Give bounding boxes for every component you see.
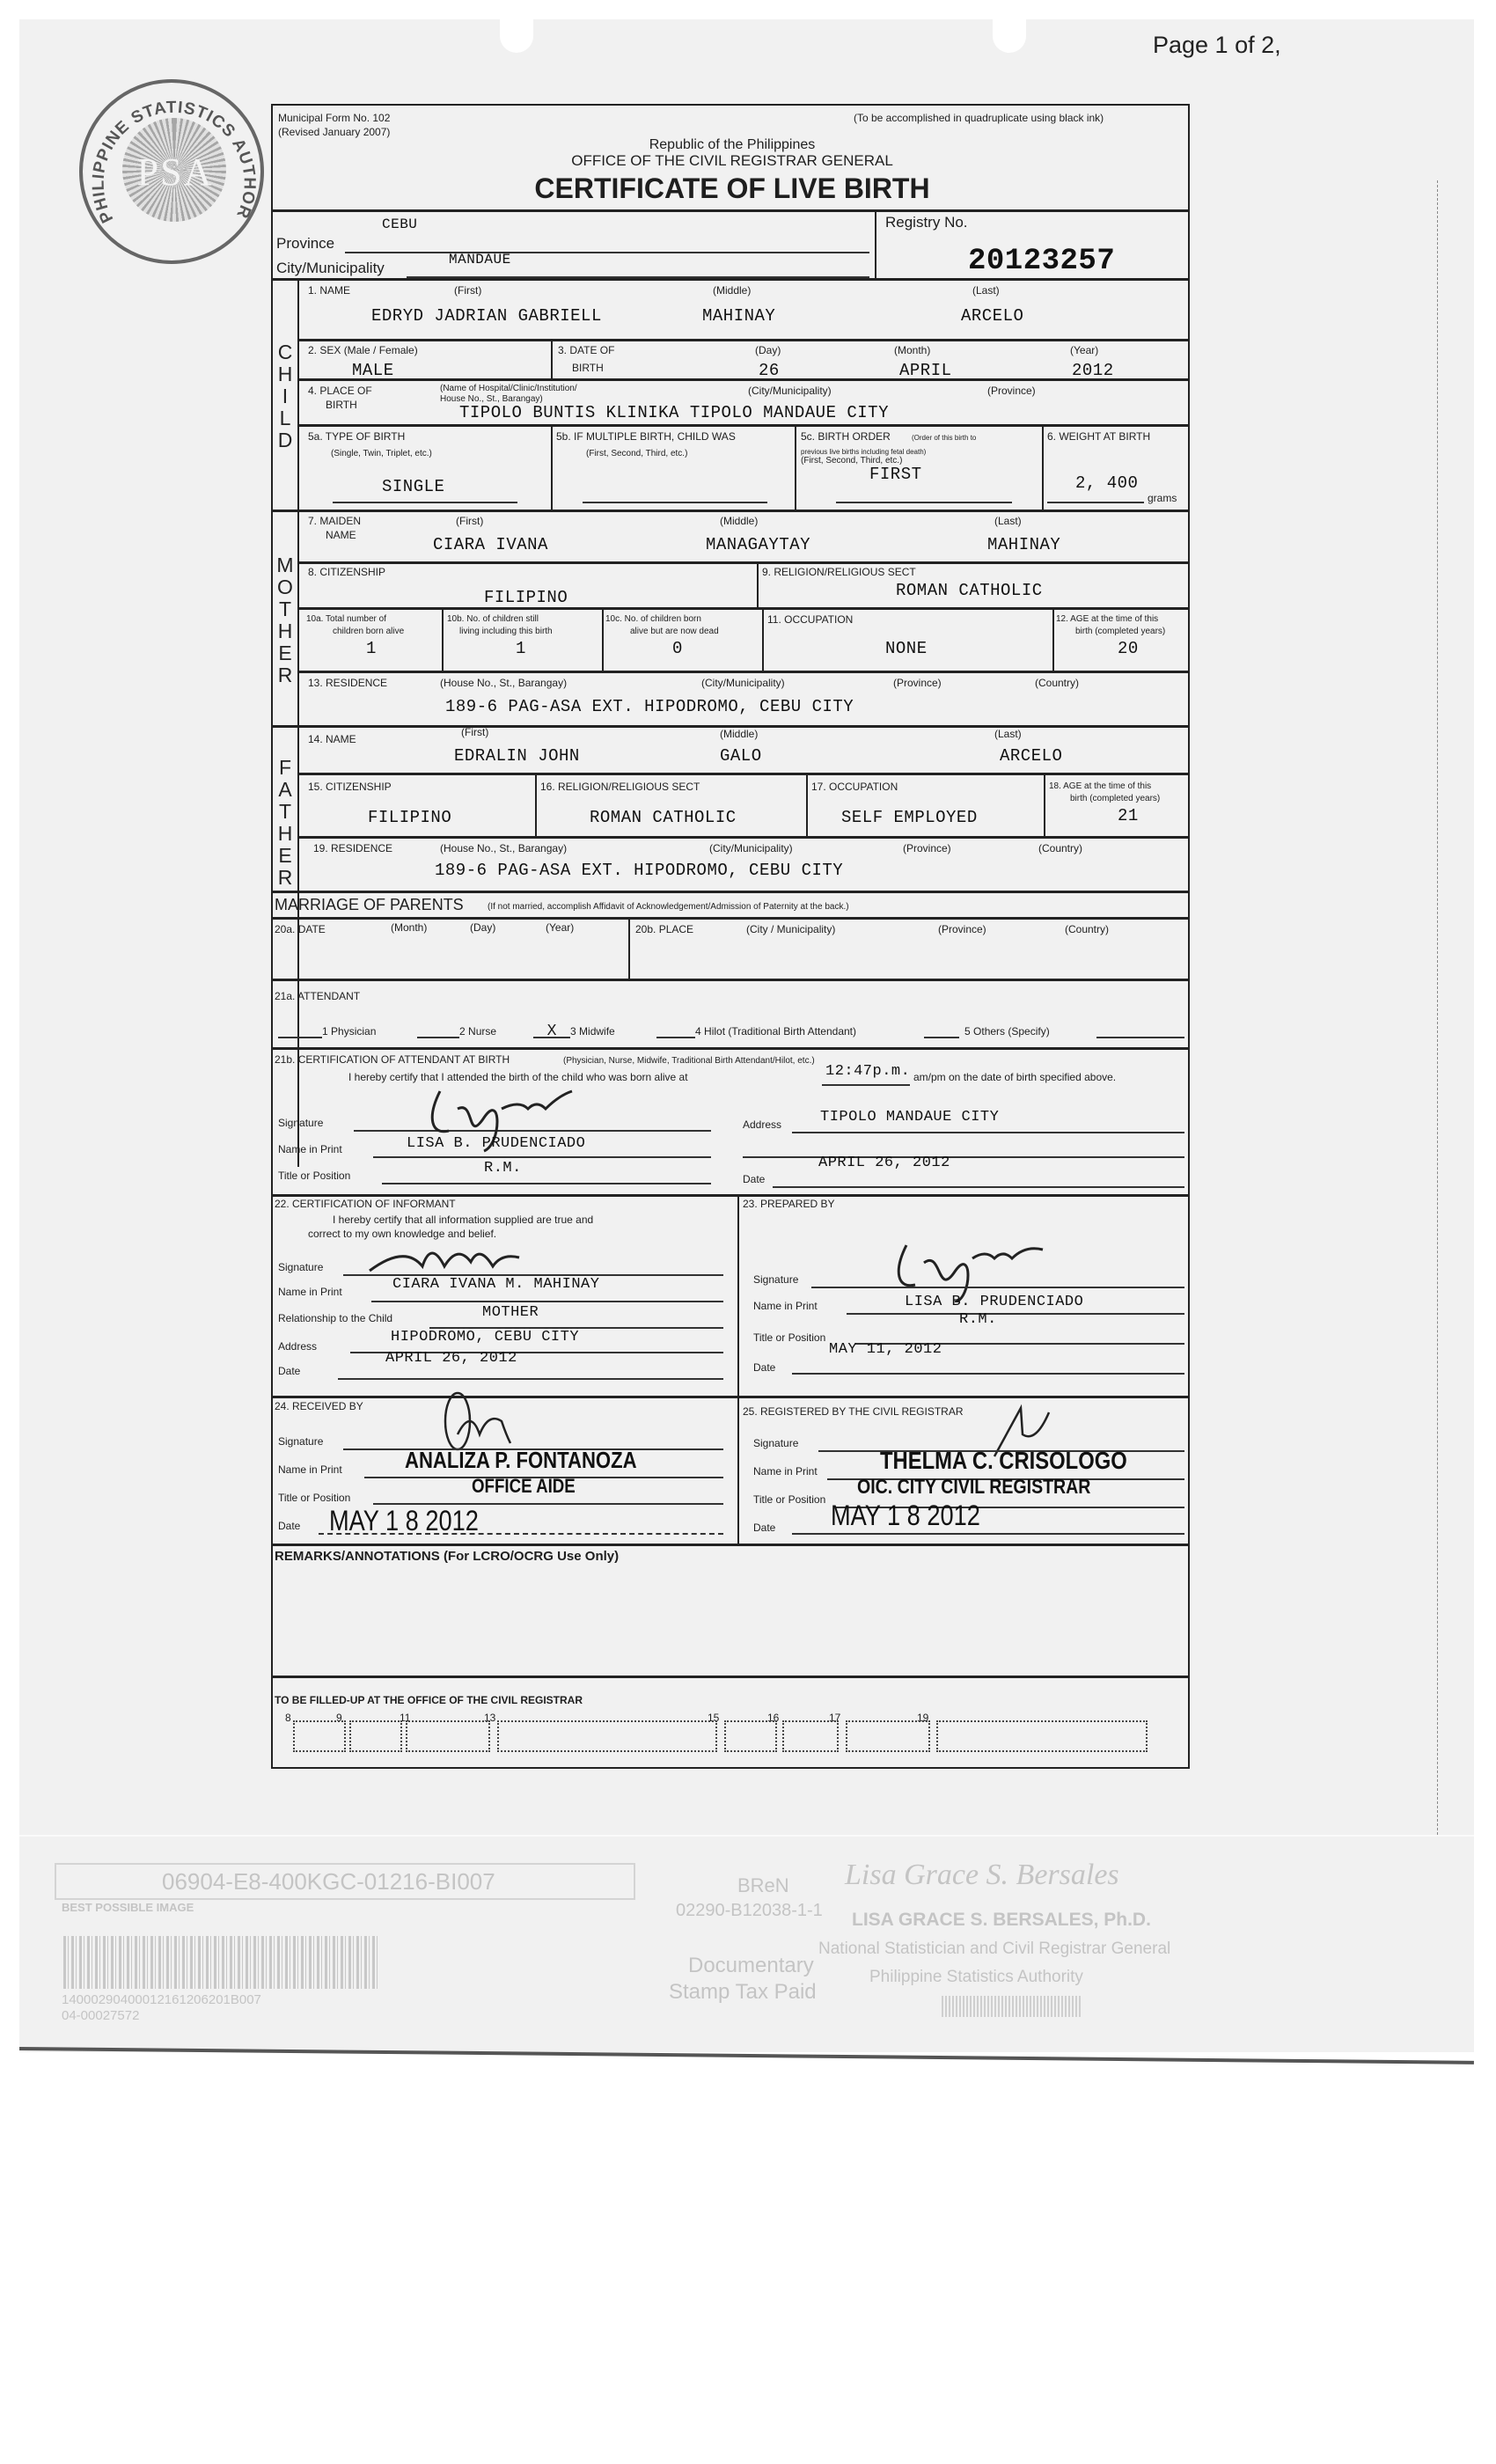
attendant-others-specify[interactable] (1096, 1023, 1184, 1038)
place-province-label: (Province) (987, 385, 1036, 397)
prepared-title: R.M. (959, 1311, 997, 1328)
page-label: Page 1 of 2, (1153, 32, 1281, 59)
attendant-option-physician: 1 Physician (322, 1026, 376, 1038)
registered-by-label: 25. REGISTERED BY THE CIVIL REGISTRAR (743, 1406, 964, 1418)
place-city-label: (City/Municipality) (748, 385, 832, 397)
city-value: MANDAUE (449, 252, 511, 268)
marriage-heading: MARRIAGE OF PARENTS (275, 898, 464, 913)
informant-name-label: Name in Print (278, 1287, 342, 1298)
month-label: (Month) (894, 345, 930, 356)
birth-type-label: 5a. TYPE OF BIRTH (308, 431, 405, 443)
mother-first-name: CIARA IVANA (433, 535, 548, 554)
attendant-address-label: Address (743, 1119, 781, 1131)
father-residence-label: 19. RESIDENCE (313, 843, 392, 854)
informant-text: I hereby certify that all information su… (333, 1214, 593, 1226)
stamp-tax-label: Documentary (688, 1954, 814, 1978)
mother-age-label: 12. AGE at the time of this (1056, 614, 1158, 624)
prepared-name-label: Name in Print (753, 1301, 818, 1312)
form-instruction: (To be accomplished in quadruplicate usi… (854, 113, 1104, 124)
place-of-birth-value: TIPOLO BUNTIS KLINIKA TIPOLO MANDAUE CIT… (459, 403, 889, 422)
weight-unit: grams (1148, 493, 1177, 504)
weight-value: 2, 400 (1075, 473, 1138, 493)
punch-hole (993, 12, 1026, 53)
barcode (63, 1936, 380, 1989)
informant-address: HIPODROMO, CEBU CITY (391, 1329, 579, 1346)
registry-label: Registry No. (885, 215, 968, 230)
birth-certificate-form: Municipal Form No. 102 (Revised January … (271, 104, 1190, 1769)
received-signature (440, 1390, 528, 1452)
marriage-date-label: 20a. DATE (275, 924, 326, 935)
country-label: (Country) (1035, 678, 1079, 689)
page-edge-line (1437, 180, 1438, 1835)
attendant-cert-note: (Physician, Nurse, Midwife, Traditional … (563, 1056, 815, 1066)
child-last-name: ARCELO (961, 306, 1023, 326)
received-signature-label: Signature (278, 1436, 323, 1448)
mother-last-name: MAHINAY (987, 535, 1060, 554)
prepared-by-label: 23. PREPARED BY (743, 1199, 834, 1210)
mother-citizenship: FILIPINO (484, 588, 568, 607)
living-children-label: 10b. No. of children still (447, 614, 539, 624)
first-label: (First) (461, 727, 488, 738)
attendant-check-nurse[interactable] (417, 1023, 459, 1038)
total-born-value: 1 (366, 639, 377, 658)
living-children-label-2: living including this birth (459, 627, 553, 636)
informant-relationship: MOTHER (482, 1304, 539, 1321)
registrar-signature-label: Signature (753, 1438, 798, 1449)
father-first-name: EDRALIN JOHN (454, 746, 580, 766)
prepared-title-label: Title or Position (753, 1332, 825, 1344)
brn-value: 02290-B12038-1-1 (676, 1901, 823, 1921)
registry-number: 20123257 (968, 245, 1115, 278)
dob-label-2: BIRTH (572, 363, 604, 374)
house-label: (House No., St., Barangay) (440, 843, 567, 854)
best-possible-image: BEST POSSIBLE IMAGE (62, 1901, 194, 1914)
barcode-line-2: 04-00027572 (62, 2008, 139, 2023)
attendant-check-midwife[interactable]: X (533, 1023, 570, 1038)
place-of-birth-label: 4. PLACE OF (308, 385, 372, 397)
mother-name-label: 7. MAIDEN (308, 516, 361, 527)
mother-occupation-label: 11. OCCUPATION (767, 614, 853, 626)
birth-type-value: SINGLE (382, 477, 444, 496)
registrar-name-label: Name in Print (753, 1466, 818, 1478)
attendant-name: LISA B. PRUDENCIADO (407, 1135, 585, 1152)
dob-label: 3. DATE OF (558, 345, 614, 356)
control-number-box: 06904-E8-400KGC-01216-BI007 (55, 1863, 635, 1900)
signatory-org: Philippine Statistics Authority (869, 1968, 1083, 1987)
child-first-name: EDRYD JADRIAN GABRIELL (371, 306, 602, 326)
attendant-date-label: Date (743, 1174, 765, 1185)
attendant-date: APRIL 26, 2012 (818, 1155, 950, 1171)
signatory-signature: Lisa Grace S. Bersales (845, 1859, 1119, 1892)
informant-label: 22. CERTIFICATION OF INFORMANT (275, 1199, 456, 1210)
father-residence: 189-6 PAG-ASA EXT. HIPODROMO, CEBU CITY (435, 861, 843, 880)
code-box-13[interactable] (497, 1720, 717, 1752)
day-label: (Day) (755, 345, 781, 356)
birth-day: 26 (759, 361, 780, 380)
attendant-cert-text-2: am/pm on the date of birth specified abo… (913, 1072, 1116, 1083)
section-label-mother: MOTHER (274, 554, 297, 686)
province-label: (Province) (938, 924, 986, 935)
child-sex: MALE (352, 361, 394, 380)
psa-seal: PHILIPPINE STATISTICS AUTHORITY PSA (79, 79, 264, 264)
dead-children-label: 10c. No. of children born (605, 614, 701, 624)
birth-order-label: 5c. BIRTH ORDER (801, 431, 891, 443)
registrar-title-stamp: OIC. CITY CIVIL REGISTRAR (857, 1475, 1090, 1499)
country-label: (Country) (1065, 924, 1109, 935)
received-title-stamp: OFFICE AIDE (472, 1475, 576, 1498)
code-box-16[interactable] (782, 1720, 839, 1752)
last-label: (Last) (972, 285, 1000, 297)
remarks-label: REMARKS/ANNOTATIONS (For LCRO/OCRG Use O… (275, 1549, 619, 1564)
middle-label: (Middle) (720, 516, 758, 527)
section-label-child: CHILD (274, 341, 297, 451)
total-born-label: 10a. Total number of (306, 614, 386, 624)
father-age-label: 18. AGE at the time of this (1049, 781, 1151, 791)
province-label: Province (276, 236, 334, 251)
father-citizenship-label: 15. CITIZENSHIP (308, 781, 392, 793)
multiple-birth-label: 5b. IF MULTIPLE BIRTH, CHILD WAS (556, 431, 736, 443)
city-municipality-label: (City/Municipality) (701, 678, 785, 689)
city-label: City/Municipality (276, 260, 385, 275)
mother-religion: ROMAN CATHOLIC (896, 581, 1043, 600)
informant-address-label: Address (278, 1341, 317, 1353)
registrar-date-label: Date (753, 1522, 775, 1534)
birth-order-hint: (Order of this birth to (912, 433, 976, 443)
registrar-name-stamp: THELMA C. CRISOLOGO (880, 1447, 1127, 1475)
month-label: (Month) (391, 922, 427, 934)
stamp-tax-label-2: Stamp Tax Paid (669, 1980, 817, 2005)
child-middle-name: MAHINAY (702, 306, 775, 326)
sex-label: 2. SEX (Male / Female) (308, 345, 418, 356)
signatory-title: National Statistician and Civil Registra… (818, 1940, 1170, 1959)
marriage-note: (If not married, accomplish Affidavit of… (488, 902, 849, 912)
dead-children-value: 0 (672, 639, 683, 658)
father-age-label-2: birth (completed years) (1070, 794, 1160, 803)
received-by-label: 24. RECEIVED BY (275, 1401, 363, 1412)
father-citizenship: FILIPINO (368, 808, 451, 827)
attendant-option-others: 5 Others (Specify) (964, 1026, 1050, 1038)
father-occupation: SELF EMPLOYED (841, 808, 978, 827)
year-label: (Year) (1070, 345, 1098, 356)
city-municipality-label: (City / Municipality) (746, 924, 835, 935)
birth-year: 2012 (1072, 361, 1114, 380)
attendant-check-physician[interactable] (278, 1023, 322, 1038)
mother-name-label-2: NAME (326, 530, 356, 541)
father-age: 21 (1118, 806, 1139, 825)
mother-religion-label: 9. RELIGION/RELIGIOUS SECT (762, 567, 916, 578)
first-label: (First) (454, 285, 481, 297)
registrar-title-label: Title or Position (753, 1494, 825, 1506)
informant-date-label: Date (278, 1366, 300, 1377)
informant-relationship-label: Relationship to the Child (278, 1313, 392, 1324)
attendant-cert-label: 21b. CERTIFICATION OF ATTENDANT AT BIRTH (275, 1054, 510, 1066)
document-title: CERTIFICATE OF LIVE BIRTH (273, 172, 1192, 204)
living-children-value: 1 (516, 639, 526, 658)
mother-citizenship-label: 8. CITIZENSHIP (308, 567, 385, 578)
signatory-barcode (942, 1996, 1082, 2017)
province-label: (Province) (903, 843, 951, 854)
code-box-15[interactable] (724, 1720, 777, 1752)
year-label: (Year) (546, 922, 574, 934)
attendant-label: 21a. ATTENDANT (275, 991, 360, 1002)
place-hint: (Name of Hospital/Clinic/Institution/ (440, 384, 577, 393)
middle-label: (Middle) (713, 285, 751, 297)
last-label: (Last) (994, 516, 1022, 527)
father-name-label: 14. NAME (308, 734, 356, 745)
signatory-name: LISA GRACE S. BERSALES, Ph.D. (852, 1910, 1151, 1931)
attendant-option-midwife: 3 Midwife (570, 1026, 615, 1038)
barcode-line-1: 14000290400012161206201B007 (62, 1992, 261, 2007)
informant-signature-label: Signature (278, 1262, 323, 1273)
attendant-title: R.M. (484, 1160, 522, 1177)
office-label: OFFICE OF THE CIVIL REGISTRAR GENERAL (273, 153, 1192, 168)
house-label: (House No., St., Barangay) (440, 678, 567, 689)
birth-order-value: FIRST (869, 465, 922, 484)
multiple-birth-hint: (First, Second, Third, etc.) (586, 449, 687, 458)
remarks-area (276, 1568, 1183, 1672)
total-born-label-2: children born alive (333, 627, 404, 636)
code-box-11[interactable] (406, 1720, 490, 1752)
marriage-place-label: 20b. PLACE (635, 924, 693, 935)
informant-date: APRIL 26, 2012 (385, 1350, 517, 1367)
birth-type-hint: (Single, Twin, Triplet, etc.) (331, 449, 432, 458)
code-label: 8 (285, 1712, 291, 1724)
prepared-date: MAY 11, 2012 (829, 1341, 942, 1358)
attendant-signature-label: Signature (278, 1118, 323, 1129)
province-value: CEBU (382, 216, 417, 232)
prepared-signature-label: Signature (753, 1274, 798, 1286)
punch-hole (500, 12, 533, 53)
attendant-options: 1 Physician 2 Nurse X 3 Midwife 4 Hilot … (278, 1023, 1184, 1042)
received-date-label: Date (278, 1521, 300, 1532)
prepared-name: LISA B. PRUDENCIADO (905, 1294, 1083, 1310)
mother-age-label-2: birth (completed years) (1075, 627, 1165, 636)
first-label: (First) (456, 516, 483, 527)
middle-label: (Middle) (720, 729, 758, 740)
father-occupation-label: 17. OCCUPATION (811, 781, 898, 793)
code-box-17[interactable] (846, 1720, 930, 1752)
prepared-date-label: Date (753, 1362, 775, 1374)
country-label: (Country) (1038, 843, 1082, 854)
father-religion: ROMAN CATHOLIC (590, 808, 737, 827)
mother-occupation: NONE (885, 639, 928, 658)
mother-residence: 189-6 PAG-ASA EXT. HIPODROMO, CEBU CITY (445, 697, 854, 716)
received-title-label: Title or Position (278, 1492, 350, 1504)
prepared-signature (889, 1232, 1100, 1302)
father-last-name: ARCELO (1000, 746, 1062, 766)
attendant-title-label: Title or Position (278, 1170, 350, 1182)
attendant-option-hilot: 4 Hilot (Traditional Birth Attendant) (695, 1026, 856, 1038)
dead-children-label-2: alive but are now dead (630, 627, 719, 636)
section-label-father: FATHER (274, 757, 297, 889)
attendant-check-others[interactable] (924, 1023, 959, 1038)
republic-label: Republic of the Philippines (273, 137, 1192, 152)
child-name-label: 1. NAME (308, 285, 350, 297)
attendant-address: TIPOLO MANDAUE CITY (820, 1109, 999, 1126)
registrar-date-stamp: MAY 1 8 2012 (831, 1500, 980, 1532)
attendant-option-nurse: 2 Nurse (459, 1026, 496, 1038)
code-box-9[interactable] (349, 1720, 402, 1752)
office-use-label: TO BE FILLED-UP AT THE OFFICE OF THE CIV… (275, 1695, 583, 1706)
informant-name: CIARA IVANA M. MAHINAY (392, 1276, 599, 1293)
attendant-name-label: Name in Print (278, 1144, 342, 1155)
city-municipality-label: (City/Municipality) (709, 843, 793, 854)
mother-residence-label: 13. RESIDENCE (308, 678, 387, 689)
mother-middle-name: MANAGAYTAY (706, 535, 810, 554)
father-middle-name: GALO (720, 746, 762, 766)
code-box-8[interactable] (293, 1720, 346, 1752)
paper-fold (19, 1835, 1474, 1837)
received-name-stamp: ANALIZA P. FONTANOZA (405, 1447, 637, 1474)
mother-age: 20 (1118, 639, 1139, 658)
birth-month: APRIL (899, 361, 952, 380)
weight-label: 6. WEIGHT AT BIRTH (1047, 431, 1150, 443)
brn-label: BReN (737, 1874, 789, 1897)
code-box-19[interactable] (936, 1720, 1148, 1752)
attendant-check-hilot[interactable] (656, 1023, 695, 1038)
day-label: (Day) (470, 922, 495, 934)
birth-time: 12:47p.m. (825, 1063, 910, 1080)
form-number: Municipal Form No. 102 (278, 113, 390, 124)
place-of-birth-label-2: BIRTH (326, 400, 357, 411)
seal-monogram: PSA (118, 150, 232, 194)
father-religion-label: 16. RELIGION/RELIGIOUS SECT (540, 781, 700, 793)
province-label: (Province) (893, 678, 942, 689)
last-label: (Last) (994, 729, 1022, 740)
control-number: 06904-E8-400KGC-01216-BI007 (162, 1868, 495, 1896)
received-name-label: Name in Print (278, 1464, 342, 1476)
